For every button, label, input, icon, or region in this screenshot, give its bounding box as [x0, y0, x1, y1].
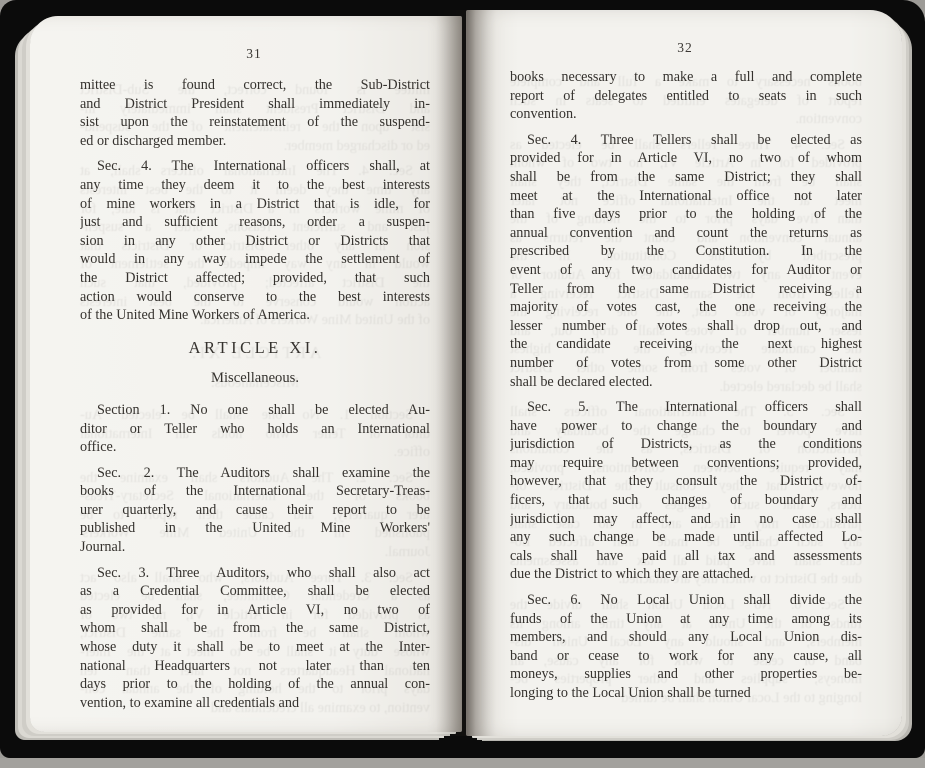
text-line: ficers, that such changes of boundary an…	[510, 491, 862, 510]
text-line: provided for in Article VI, no two of wh…	[510, 149, 862, 168]
text-line: convention.	[510, 105, 862, 124]
text-line: books of the International Secretary-Tre…	[80, 482, 430, 501]
text-line: urer quarterly, and cause their report t…	[80, 501, 430, 520]
text-line: moneys, supplies and other properties be…	[510, 665, 862, 684]
text-line: longing to the Local Union shall be turn…	[510, 684, 862, 703]
text-line: Journal.	[80, 538, 430, 557]
text-line: Sec. 5. The International officers shall	[510, 398, 862, 417]
paragraph: Sec. 4. Three Tellers shall be elected a…	[510, 131, 862, 391]
text-line: of the United Mine Workers of America.	[80, 306, 430, 325]
text-line: Teller from the same District receiving …	[510, 280, 862, 299]
text-line: prescribed by the Constitution. In the	[510, 242, 862, 261]
article-heading: ARTICLE XI.	[80, 339, 430, 358]
text-line: have power to change the boundary and	[510, 417, 862, 436]
text-line: sist upon the reinstatement of the suspe…	[80, 113, 430, 132]
text-line: Sec. 4. The International officers shall…	[80, 157, 430, 176]
text-line: ed or discharged member.	[80, 132, 430, 151]
text-line: ditor or Teller who holds an Internation…	[80, 420, 430, 439]
text-line: due the District to which they are attac…	[510, 565, 862, 584]
text-line: whose duty it shall be to meet at the In…	[80, 638, 430, 657]
text-line: action would conserve to the best intere…	[80, 288, 430, 307]
right-page-text: books necessary to make a full and compl…	[510, 68, 862, 703]
text-line: number of votes from some other District	[510, 354, 862, 373]
scan-bottom-strip	[0, 758, 925, 768]
text-line: whom shall be from the same District,	[80, 619, 430, 638]
text-line: jurisdiction may affect, and in no case …	[510, 510, 862, 529]
paragraph: Sec. 3. Three Auditors, who shall also a…	[80, 564, 430, 713]
text-line: of mine workers in a District that is id…	[80, 195, 430, 214]
paragraph: mittee is found correct, the Sub-Distric…	[80, 76, 430, 150]
text-line: majority of votes cast, the one receivin…	[510, 298, 862, 317]
text-line: the District affected; provided, that su…	[80, 269, 430, 288]
left-page-text: mittee is found correct, the Sub-Distric…	[80, 76, 430, 712]
text-line: vention, to examine all credentials and	[80, 694, 430, 713]
left-page-number: 31	[80, 46, 428, 62]
left-page: 31 mittee is found correct, the Sub-Dist…	[30, 16, 462, 732]
text-line: Sec. 2. The Auditors shall examine the	[80, 464, 430, 483]
text-line: would in any way impede the settlement o…	[80, 250, 430, 269]
text-line: shall be from the same District; they sh…	[510, 168, 862, 187]
text-line: as provided for in Article VI, no two of	[80, 601, 430, 620]
text-line: meet at the International office not lat…	[510, 187, 862, 206]
paragraph: Sec. 2. The Auditors shall examine thebo…	[80, 464, 430, 557]
text-line: however, that they consult the District …	[510, 472, 862, 491]
text-line: Sec. 3. Three Auditors, who shall also a…	[80, 564, 430, 583]
text-line: any time they deem it to the best intere…	[80, 176, 430, 195]
text-line: annual convention and count the returns …	[510, 224, 862, 243]
right-page-number: 32	[510, 40, 860, 56]
text-line: the candidate receiving the next highest	[510, 335, 862, 354]
right-page: 32 books necessary to make a full and co…	[466, 10, 902, 736]
text-line: national Headquarters not later than ten	[80, 657, 430, 676]
paragraph: Sec. 4. The International officers shall…	[80, 157, 430, 324]
text-line: any such change be made until affected L…	[510, 528, 862, 547]
text-line: members, and should any Local Union dis-	[510, 628, 862, 647]
text-line: office.	[80, 438, 430, 457]
text-line: books necessary to make a full and compl…	[510, 68, 862, 87]
text-line: Sec. 4. Three Tellers shall be elected a…	[510, 131, 862, 150]
text-line: lesser number of votes shall drop out, a…	[510, 317, 862, 336]
text-line: just and sufficient reasons, order a sus…	[80, 213, 430, 232]
text-line: than five days prior to the holding of t…	[510, 205, 862, 224]
text-line: and District President shall immediately…	[80, 95, 430, 114]
article-subheading: Miscellaneous.	[80, 369, 430, 388]
text-line: shall be declared elected.	[510, 373, 862, 392]
text-line: funds of the Union at any time among its	[510, 610, 862, 629]
paragraph: books necessary to make a full and compl…	[510, 68, 862, 124]
text-line: Sec. 6. No Local Union shall divide the	[510, 591, 862, 610]
text-line: as a Credential Committee, shall be elec…	[80, 582, 430, 601]
text-line: band or cease to work for any cause, all	[510, 647, 862, 666]
text-line: days prior to the holding of the annual …	[80, 675, 430, 694]
text-line: event of any two candidates for Auditor …	[510, 261, 862, 280]
text-line: published in the United Mine Workers'	[80, 519, 430, 538]
text-line: mittee is found correct, the Sub-Distric…	[80, 76, 430, 95]
paragraph: Sec. 6. No Local Union shall divide thef…	[510, 591, 862, 703]
text-line: Section 1. No one shall be elected Au-	[80, 401, 430, 420]
paragraph: Section 1. No one shall be elected Au-di…	[80, 401, 430, 457]
paragraph: Sec. 5. The International officers shall…	[510, 398, 862, 584]
text-line: cals shall have paid all tax and assessm…	[510, 547, 862, 566]
text-line: may require between conventions; provide…	[510, 454, 862, 473]
text-line: sion in any other District or Districts …	[80, 232, 430, 251]
text-line: jurisdiction of Districts, as the condit…	[510, 435, 862, 454]
text-line: report of delegates entitled to seats in…	[510, 87, 862, 106]
